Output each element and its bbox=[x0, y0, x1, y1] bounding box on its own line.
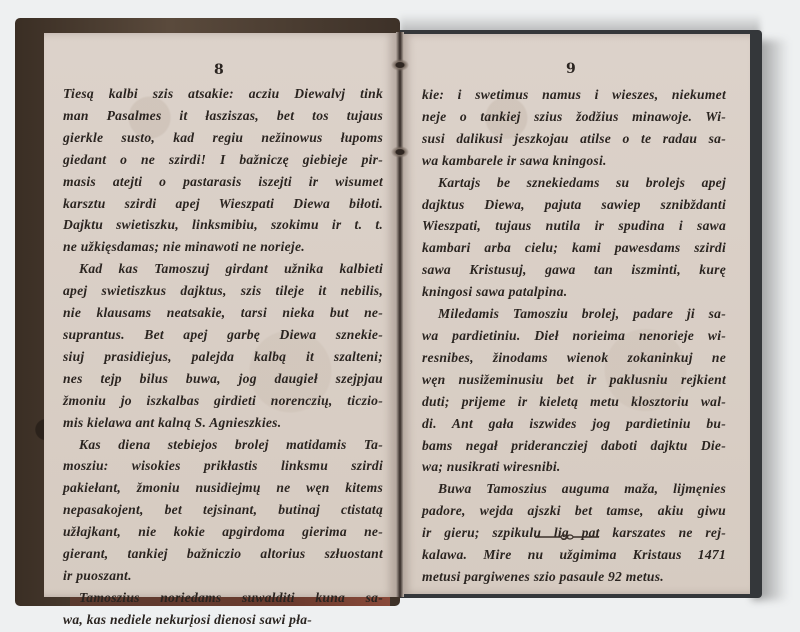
tailpiece-ornament-icon bbox=[535, 533, 599, 541]
text-line: bams negał priderancziej daboti dajktu D… bbox=[422, 435, 726, 457]
left-page: 8 Tiesą kalbi szis atsakie: acziu Diewal… bbox=[44, 33, 396, 597]
text-line: gierant, tankiej bažniczio altorius szłu… bbox=[63, 543, 383, 565]
text-line: susi dalikusi jeszkojau atilse o te rada… bbox=[422, 128, 726, 150]
text-line: masis atejti o pastarasis iszejti ir wis… bbox=[63, 171, 383, 193]
text-line: žmoniu jo iszkalbas girdieti norenczių, … bbox=[63, 390, 383, 412]
text-line: mis kielawa ant kalną S. Agnieszkies. bbox=[63, 412, 383, 434]
text-line: mosziu: wisokies prikłastis linksmu szir… bbox=[63, 455, 383, 477]
text-line: suprantus. Bet apej garbę Diewa sznekie- bbox=[63, 324, 383, 346]
text-line: nepasakojent, bet tejsinant, butinaj cti… bbox=[63, 499, 383, 521]
text-line: Buwa Tamoszius auguma maža, lijmęnies bbox=[422, 478, 726, 500]
page-text: Tiesą kalbi szis atsakie: acziu Diewalvj… bbox=[63, 83, 383, 631]
text-line: nes tejp bilus buwa, jog daugieł szejpja… bbox=[63, 368, 383, 390]
text-line: Wieszpati, tujaus nutila ir spudina i sa… bbox=[422, 215, 726, 237]
text-line: kambari arba cielu; kami pawesdams szird… bbox=[422, 237, 726, 259]
text-line: di. Ant gała iszwides jog pardietiniu bu… bbox=[422, 413, 726, 435]
text-line: duti; prijeme ir kieletą metu klosztoriu… bbox=[422, 391, 726, 413]
text-line: dajktus Diewa, pajuta sawiep sznibždanti bbox=[422, 194, 726, 216]
text-line: wa, kas nediele nekurįosi dienosi sawi p… bbox=[63, 609, 383, 631]
page-text: kie: i swetimus namus i wieszes, niekume… bbox=[422, 84, 726, 588]
text-line: kalawa. Mire nu užgimima Kristaus 1471 bbox=[422, 544, 726, 566]
binding-stitch-icon bbox=[391, 146, 409, 158]
text-line: wa; nusikrati wiresnibi. bbox=[422, 456, 726, 478]
text-line: wa pardietiniu. Dieł norieima nenorieje … bbox=[422, 325, 726, 347]
page-number: 9 bbox=[566, 61, 576, 77]
text-line: Tamoszius noriedams suwalditi kuna sa- bbox=[63, 587, 383, 609]
text-line: ir puoszant. bbox=[63, 565, 383, 587]
text-line: kie: i swetimus namus i wieszes, niekume… bbox=[422, 84, 726, 106]
text-line: Kas diena stebiejos brolej matidamis Ta- bbox=[63, 434, 383, 456]
text-line: pakiełant, žmoniu nusidiejmų ne węn kite… bbox=[63, 477, 383, 499]
text-line: neje o tankiej szius žodžius minawoje. W… bbox=[422, 106, 726, 128]
text-line: sawa Kristusuj, gawa tan iszminti, kurę bbox=[422, 259, 726, 281]
binding-stitch-icon bbox=[391, 59, 409, 71]
text-line: apej swietiszkus dajktus, szis tileje it… bbox=[63, 280, 383, 302]
text-line: wa kambarele ir sawa kningosi. bbox=[422, 150, 726, 172]
text-line: nie klausams neatsakie, tarsi nieka but … bbox=[63, 302, 383, 324]
book-spine-gutter bbox=[396, 32, 404, 597]
text-line: kningosi sawa patalpina. bbox=[422, 281, 726, 303]
text-line: padore, wejda ajszki bet tamse, akiu giw… bbox=[422, 500, 726, 522]
text-line: ne užkięsdamas; nie minawoti ne norieje. bbox=[63, 236, 383, 258]
text-line: Kad kas Tamoszuj girdant užnika kalbieti bbox=[63, 258, 383, 280]
text-line: man Pasalmes it łasziszas, bet tos tujau… bbox=[63, 105, 383, 127]
text-line: Dajktu swietiszku, linksmibiu, szokimu i… bbox=[63, 214, 383, 236]
right-page: 9 kie: i swetimus namus i wieszes, nieku… bbox=[402, 34, 750, 594]
text-line: siuj prasidiejus, palejda kalbą it szalt… bbox=[63, 346, 383, 368]
text-line: karsztu szirdi apej Wieszpati Diewa biło… bbox=[63, 193, 383, 215]
text-line: Kartajs be sznekiedams su brolejs apej bbox=[422, 172, 726, 194]
text-line: Miledamis Tamosziu brolej, padare ji sa- bbox=[422, 303, 726, 325]
text-line: gierkle susto, kad regiu nežinowus łupom… bbox=[63, 127, 383, 149]
text-line: metusi pargiwenes szio pasaule 92 metus. bbox=[422, 566, 726, 588]
text-line: węn nusižeminusiu bet ir paklusniu rejki… bbox=[422, 369, 726, 391]
text-line: giedant o ne szirdi! I bažniczę giebieje… bbox=[63, 149, 383, 171]
text-line: resnibes, žinodams wienok zokaninkuj ne bbox=[422, 347, 726, 369]
page-number: 8 bbox=[214, 62, 224, 78]
text-line: Tiesą kalbi szis atsakie: acziu Diewalvj… bbox=[63, 83, 383, 105]
text-line: užłajkant, nie kokie apgirdoma gierima n… bbox=[63, 521, 383, 543]
